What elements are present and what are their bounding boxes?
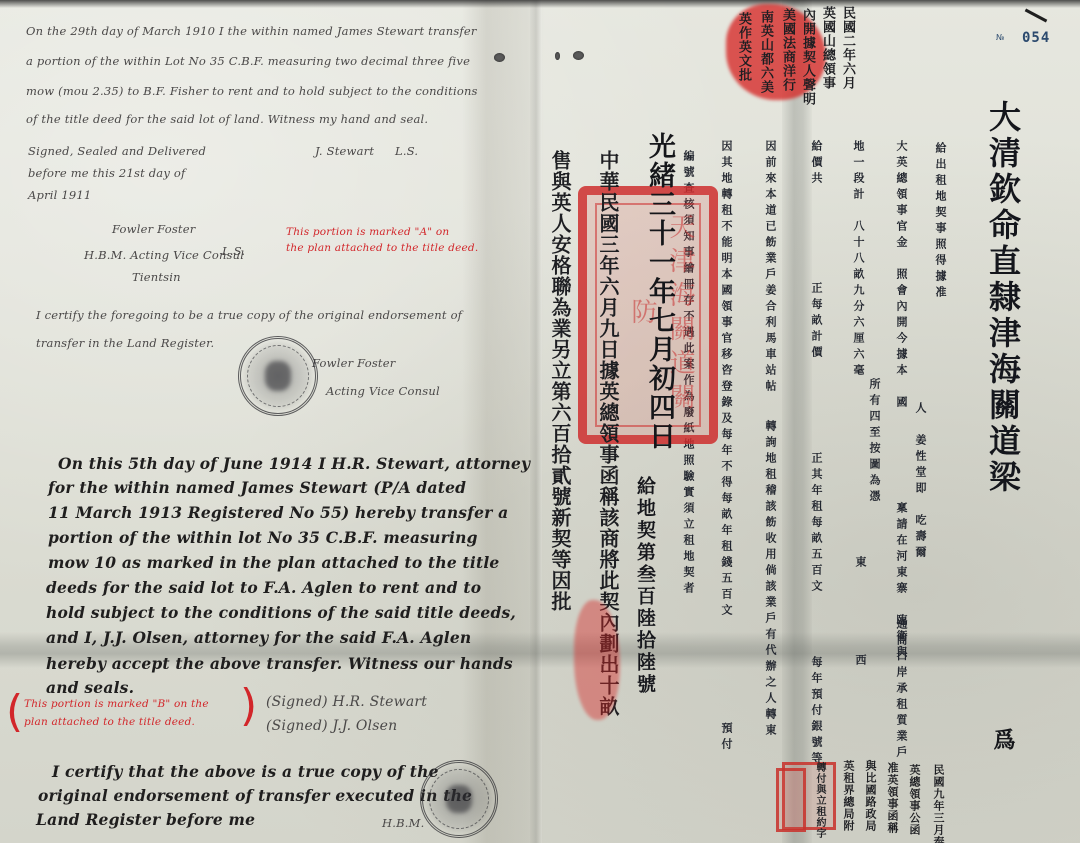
cert-1-title: Acting Vice Consul xyxy=(326,384,440,398)
red-note-a: the plan attached to the title deed. xyxy=(286,242,478,254)
endorsement-2-line: and seals. xyxy=(46,678,134,697)
endorsement-2-line: hereby accept the above transfer. Witnes… xyxy=(46,654,513,673)
signed-stewart: (Signed) H.R. Stewart xyxy=(266,694,427,710)
cert-2-signature: H.B.M. xyxy=(382,816,424,830)
prepay-label: 預付 xyxy=(718,722,734,754)
endorsement-1-line: mow (mou 2.35) to B.F. Fisher to rent an… xyxy=(26,84,478,98)
price-per-mu-column: 正每畝計價 xyxy=(808,282,824,362)
boundaries-column: 所有四至按圖為憑 xyxy=(866,378,882,506)
person-column: 人 姜性堂即 吃壽爾 xyxy=(912,402,928,562)
certification-2-line: I certify that the above is a true copy … xyxy=(52,762,439,781)
deed-number: 給地契第叁百陸拾陸號 xyxy=(632,476,659,696)
sublease-column: 因其地轉租不能明本國領事官移咨登錄及每年不得每畝年租錢五百文 xyxy=(718,140,734,620)
serial-number: 054 xyxy=(1022,30,1050,46)
certification-1-line: transfer in the Land Register. xyxy=(36,336,214,350)
serial-prefix: № xyxy=(996,33,1004,42)
punch-hole xyxy=(555,52,560,60)
red-note-a: This portion is marked "A" on xyxy=(286,226,449,238)
consul-title: H.B.M. Acting Vice Consul xyxy=(84,248,244,262)
endorsement-1-line: of the title deed for the said lot of la… xyxy=(26,112,428,126)
top-annotation: 南英山都六美 xyxy=(756,10,775,94)
consul-city: Tientsin xyxy=(132,270,181,284)
bottom-annotation: 與比國路政局 xyxy=(862,760,878,832)
red-note-b: This portion is marked "B" on the xyxy=(24,698,209,710)
east-marker: 東 xyxy=(852,556,868,572)
signed-olsen: (Signed) J.J. Olsen xyxy=(266,718,397,734)
deed-title: 大清欽命直隸津海關道梁 xyxy=(980,100,1026,496)
west-marker: 西 xyxy=(852,654,868,670)
top-annotation: 內開據契人聲明 xyxy=(798,8,817,106)
endorsement-2-line: portion of the within lot No 35 C.B.F. m… xyxy=(48,528,478,547)
top-annotation: 英國山總領事 xyxy=(818,6,837,90)
year-column: 光緒三十一年七月初四日 xyxy=(640,132,679,451)
consulate-round-seal-2 xyxy=(420,760,498,838)
endorsement-2-line: On this 5th day of June 1914 I H.R. Stew… xyxy=(58,454,530,473)
bottom-annotation: 英總領事公函 xyxy=(906,764,922,836)
issuing-note: 給出租地契事照得據准 xyxy=(932,142,948,302)
ls-mark: L.S. xyxy=(395,144,418,158)
consul-column: 大英總領事官金 照會內開今據本 國 xyxy=(893,140,909,412)
annual-rent-column: 正其年租每畝五百文 xyxy=(808,452,824,596)
witness-line: April 1911 xyxy=(28,188,91,202)
top-edge xyxy=(0,0,1080,8)
seal-emblem xyxy=(265,361,292,391)
endorsement-1-line: a portion of the within Lot No 35 C.B.F.… xyxy=(26,54,470,68)
cert-1-signature: Fowler Foster xyxy=(312,356,395,370)
endorsement-2-line: mow 10 as marked in the plan attached to… xyxy=(48,553,499,572)
certification-2-line: Land Register before me xyxy=(36,810,255,829)
endorsement-2-line: for the within named James Stewart (P/A … xyxy=(48,478,466,497)
rent-collect-column: 轉詢地租稽該飭收用倘該業戶有代辦之人轉東 xyxy=(762,420,778,740)
land-area-column: 地一段計 八十八畝九分六厘六毫 xyxy=(850,140,866,380)
red-paren-open: ( xyxy=(6,690,23,734)
bottom-annotation: 准英領事函稱 xyxy=(884,762,900,834)
top-annotation: 英作英文批 xyxy=(734,12,753,82)
top-annotation: 美國法商洋行 xyxy=(778,8,797,92)
endorsement-1-line: On the 29th day of March 1910 I the with… xyxy=(26,24,477,38)
red-paren-close: ) xyxy=(240,684,257,728)
deed-paper: № 054 On the 29th day of March 1910 I th… xyxy=(0,0,1080,843)
stewart-signature: J. Stewart xyxy=(315,144,374,158)
seal-emblem xyxy=(446,785,472,814)
price-column: 給價共 xyxy=(808,140,824,188)
center-fold xyxy=(530,0,542,843)
prepay-column: 每年預付銀號等 xyxy=(808,656,824,768)
punch-hole xyxy=(494,53,505,62)
endorsement-2-line: and I, J.J. Olsen, attorney for the said… xyxy=(46,628,471,647)
endorsement-2-line: hold subject to the conditions of the sa… xyxy=(46,603,516,622)
port-column: 通商口岸承租質業戶 xyxy=(893,618,909,762)
certification-2-line: original endorsement of transfer execute… xyxy=(38,786,472,805)
bottom-annotation: 民國九年三月奉 xyxy=(930,764,946,843)
punch-hole xyxy=(573,51,584,60)
red-seal-bottom-2 xyxy=(776,768,806,832)
bottom-annotation: 英租界總局附 xyxy=(840,760,856,832)
republic-annotation-2: 售與英人安格聯為業另立第六百拾貳號新契等因批 xyxy=(546,150,575,612)
scratch-mark xyxy=(1025,9,1048,23)
wei-character: 爲 xyxy=(988,728,1019,753)
consul-signature: Fowler Foster xyxy=(112,222,195,236)
endorsement-2-line: 11 March 1913 Registered No 55) hereby t… xyxy=(48,503,508,522)
red-note-b: plan attached to the title deed. xyxy=(24,716,195,728)
bottom-annotation: 轉付與立租約字 xyxy=(812,762,827,839)
notice-column: 因前來本道已飭業戶姜合利馬車站帖 xyxy=(762,140,778,396)
witness-line: Signed, Sealed and Delivered xyxy=(28,144,206,158)
endorsement-2-line: deeds for the said lot to F.A. Aglen to … xyxy=(46,578,481,597)
top-annotation: 民國二年六月 xyxy=(838,6,857,90)
certification-1-line: I certify the foregoing to be a true cop… xyxy=(36,308,462,322)
ls-mark: L.S. xyxy=(222,244,245,258)
consulate-round-seal xyxy=(238,336,318,416)
witness-line: before me this 21st day of xyxy=(28,166,186,180)
